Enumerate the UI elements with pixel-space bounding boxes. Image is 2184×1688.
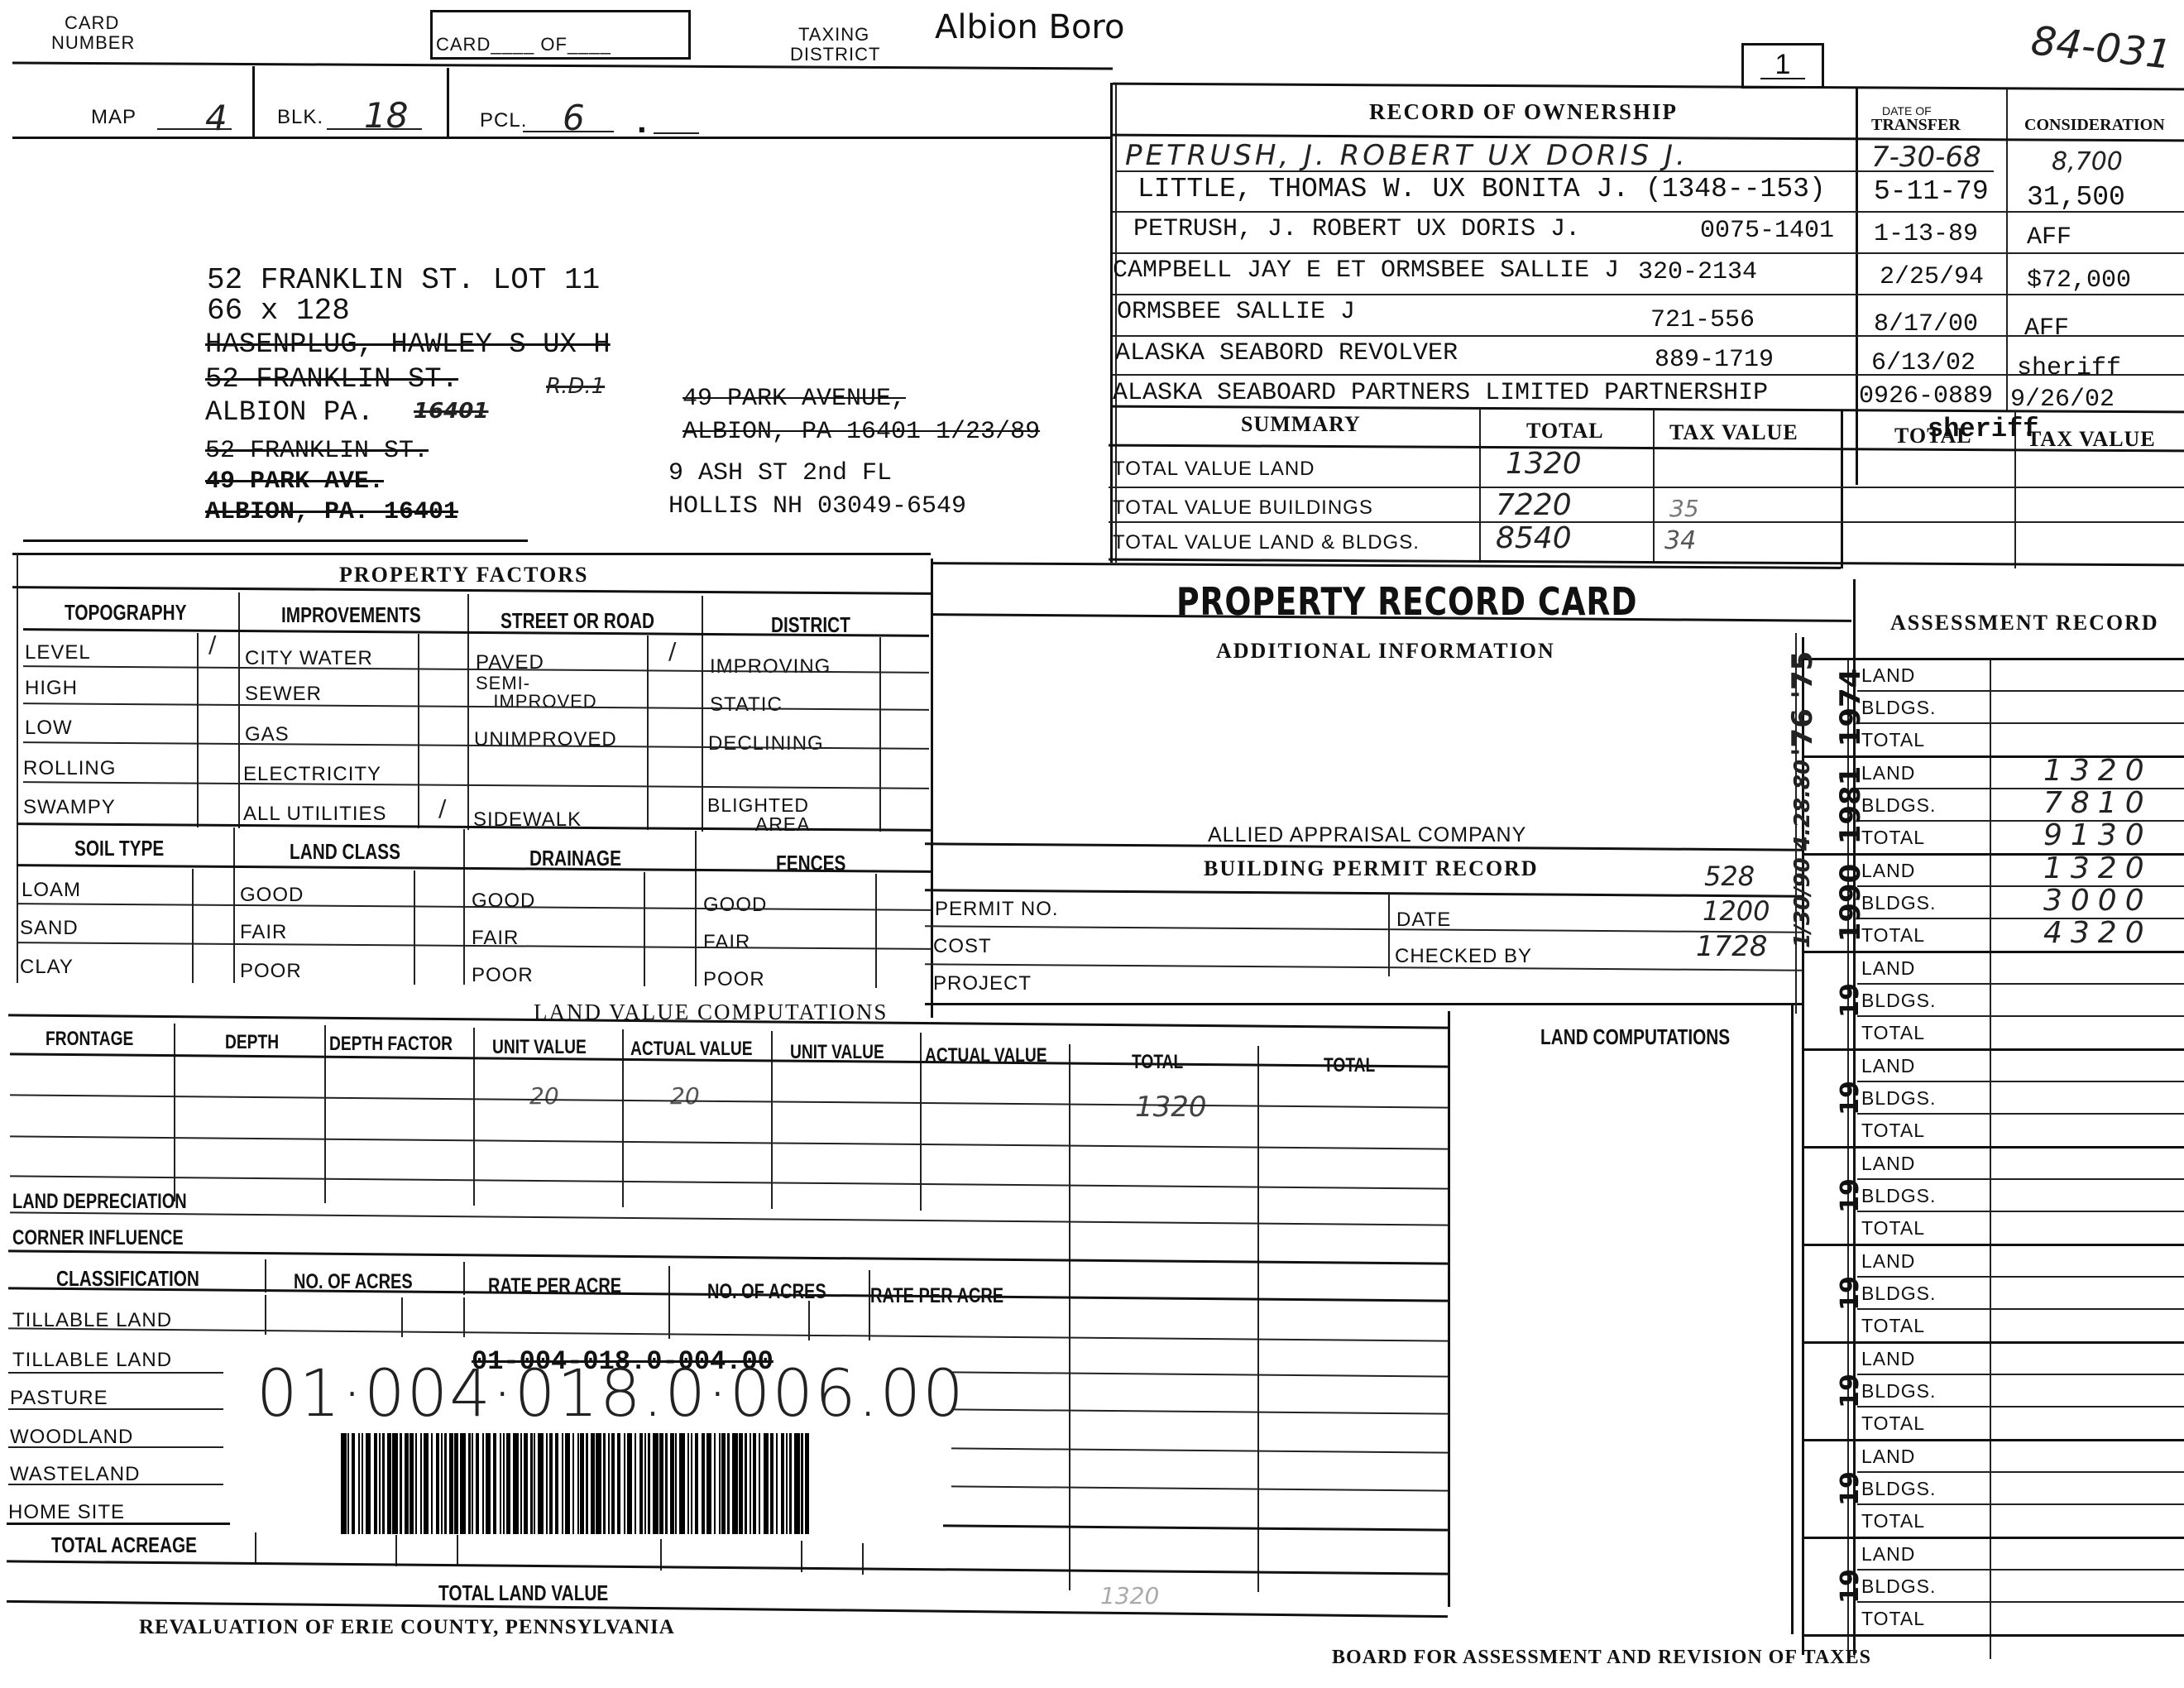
factor-low: LOW xyxy=(25,717,73,740)
factor-static: STATIC xyxy=(710,693,783,717)
assessment-row-label: LAND xyxy=(1861,1348,1915,1370)
summary-tax-buildings: 35 xyxy=(1669,495,1699,522)
transfer-date: 6/13/02 xyxy=(1871,349,1976,377)
assessment-row-label: TOTAL xyxy=(1861,924,1925,947)
land-total-entry: 1320 xyxy=(1135,1091,1207,1124)
soil-type-header: SOIL TYPE xyxy=(74,836,164,861)
col-actual-value: ACTUAL VALUE xyxy=(630,1038,753,1061)
summary-tax-land-bldgs: 34 xyxy=(1664,526,1696,555)
handwritten-file-number: 84-031 xyxy=(2029,17,2174,78)
assessment-row-label: BLDGS. xyxy=(1861,697,1936,719)
consideration: 31,500 xyxy=(2027,182,2125,213)
consideration-header: CONSIDERATION xyxy=(2024,116,2165,135)
summary-row-label: TOTAL VALUE LAND & BLDGS. xyxy=(1113,531,1420,554)
owner-name: ORMSBEE SALLIE J xyxy=(1117,298,1355,326)
land-class-poor: POOR xyxy=(240,960,302,983)
summary-total-land-bldgs: 8540 xyxy=(1496,521,1572,555)
assessment-land-value: 1320 xyxy=(2043,754,2153,788)
consideration: AFF xyxy=(2027,223,2071,252)
address-line: 52 FRANKLIN ST. LOT 11 xyxy=(207,263,600,297)
assessment-bldgs-value: 7810 xyxy=(2043,786,2153,820)
assessment-row-label: TOTAL xyxy=(1861,729,1925,751)
appraiser-name: ALLIED APPRAISAL COMPANY xyxy=(1208,823,1526,847)
factor-declining: DECLINING xyxy=(708,732,824,755)
assessment-row-label: LAND xyxy=(1861,860,1915,882)
map-label: MAP xyxy=(91,106,136,129)
mailing-street: 9 ASH ST 2nd FL xyxy=(668,459,892,487)
assessment-title: ASSESSMENT RECORD xyxy=(1890,611,2159,635)
assessment-row-label: TOTAL xyxy=(1861,1315,1925,1337)
prior-owner-struck: HASENPLUG, HAWLEY S UX H xyxy=(205,329,611,361)
assessment-row-label: TOTAL xyxy=(1861,1022,1925,1044)
transfer-date: 7-30-68 xyxy=(1871,141,1981,174)
assessment-year: 19 xyxy=(1834,1244,1867,1342)
factor-high: HIGH xyxy=(25,677,78,700)
permit-cost-label: COST xyxy=(933,935,992,958)
assessment-row-label: BLDGS. xyxy=(1861,1380,1936,1403)
col-unit-value: UNIT VALUE xyxy=(492,1036,587,1059)
assessment-row-label: LAND xyxy=(1861,1055,1915,1077)
drainage-poor: POOR xyxy=(472,964,534,987)
card-of-label: CARD____ OF____ xyxy=(436,34,611,55)
assessment-year: 19 xyxy=(1834,1537,1867,1635)
factor-all-utilities: ALL UTILITIES xyxy=(243,803,387,826)
owner-name: PETRUSH, J. ROBERT UX DORIS J. xyxy=(1125,139,1688,172)
checked-by-label: CHECKED BY xyxy=(1395,945,1532,968)
drainage-good: GOOD xyxy=(472,890,535,913)
total-acreage-label: TOTAL ACREAGE xyxy=(51,1532,197,1558)
soil-sand: SAND xyxy=(20,917,79,940)
consideration: sheriff xyxy=(2017,354,2121,382)
date-transfer-header: TRANSFER xyxy=(1871,116,1961,135)
fences-fair: FAIR xyxy=(703,931,750,954)
assessment-row-label: LAND xyxy=(1861,1153,1915,1175)
acreage-row-label: PASTURE xyxy=(10,1387,108,1410)
mailing-old-line: ALBION, PA 16401 1/23/89 xyxy=(682,418,1040,446)
sheriff-overlay: sheriff xyxy=(1928,414,2038,444)
factor-rolling: ROLLING xyxy=(23,757,116,780)
assessment-bldgs-value: 3000 xyxy=(2043,884,2153,918)
divider xyxy=(12,62,1113,70)
fences-header: FENCES xyxy=(776,851,845,876)
blk-value: 18 xyxy=(364,95,408,136)
transfer-date: 0926-0889 xyxy=(1859,382,1993,410)
deed-book: 721-556 xyxy=(1650,306,1755,334)
factor-paved: PAVED xyxy=(476,651,544,674)
fences-poor: POOR xyxy=(703,968,765,991)
assessment-year: 1981 xyxy=(1834,756,1867,854)
parcel-id: 01·004·018.0·006.00 xyxy=(256,1357,965,1431)
summary-total-land: 1320 xyxy=(1506,447,1582,481)
acreage-row-label: TILLABLE LAND xyxy=(12,1349,172,1372)
check-mark-icon: / xyxy=(438,794,446,822)
mailing-old-line: 49 PARK AVENUE, xyxy=(682,385,906,413)
consideration: AFF xyxy=(2024,314,2069,343)
prior-address-struck: 52 FRANKLIN ST. xyxy=(205,364,458,396)
assessment-row-label: TOTAL xyxy=(1861,1412,1925,1435)
factor-unimproved: UNIMPROVED xyxy=(474,728,617,751)
margin-number: 528 xyxy=(1704,861,1755,892)
ownership-title: RECORD OF OWNERSHIP xyxy=(1369,99,1678,125)
factor-sewer: SEWER xyxy=(245,683,322,706)
assessment-total-value: 4320 xyxy=(2043,916,2153,950)
assessment-row-label: TOTAL xyxy=(1861,1510,1925,1532)
property-factors-title: PROPERTY FACTORS xyxy=(339,563,588,587)
assessment-row-label: TOTAL xyxy=(1861,1217,1925,1240)
unit-value-entry: 20 xyxy=(529,1082,559,1110)
owner-name: ALASKA SEABOARD PARTNERS LIMITED PARTNER… xyxy=(1113,379,1768,407)
assessment-date-note: '76 '75 xyxy=(1786,659,1819,756)
assessment-year: 19 xyxy=(1834,1342,1867,1440)
city-line: ALBION PA. xyxy=(205,397,374,429)
check-mark-icon: / xyxy=(668,637,676,664)
summary-col-tax-value-2: TAX VALUE xyxy=(2027,427,2156,452)
total-land-value-mark: 1320 xyxy=(1100,1582,1159,1609)
taxing-district-label: TAXING DISTRICT xyxy=(790,25,880,65)
assessment-row-label: LAND xyxy=(1861,762,1915,784)
permit-record-title: BUILDING PERMIT RECORD xyxy=(1204,856,1539,881)
fences-good: GOOD xyxy=(703,894,767,917)
additional-info-title: ADDITIONAL INFORMATION xyxy=(1216,639,1555,664)
assessment-year: 19 xyxy=(1834,1049,1867,1147)
deed-book: 320-2134 xyxy=(1638,258,1757,286)
assessment-year: 19 xyxy=(1834,952,1867,1049)
total-land-value-label: TOTAL LAND VALUE xyxy=(438,1580,608,1606)
assessment-year: 19 xyxy=(1834,1147,1867,1244)
assessment-row-label: BLDGS. xyxy=(1861,990,1936,1012)
assessment-land-value: 1320 xyxy=(2043,851,2153,885)
assessment-row-label: BLDGS. xyxy=(1861,1283,1936,1305)
acreage-row-label: WOODLAND xyxy=(10,1426,133,1449)
assessment-row-label: LAND xyxy=(1861,664,1915,687)
land-computations-title: LAND COMPUTATIONS xyxy=(1540,1024,1730,1050)
col-depth: DEPTH xyxy=(225,1031,279,1054)
assessment-row-label: TOTAL xyxy=(1861,1120,1925,1142)
soil-clay: CLAY xyxy=(20,956,74,979)
land-class-fair: FAIR xyxy=(240,921,287,944)
land-depreciation-label: LAND DEPRECIATION xyxy=(12,1190,187,1214)
barcode xyxy=(341,1433,1003,1534)
consideration: $72,000 xyxy=(2027,266,2131,295)
assessment-row-label: LAND xyxy=(1861,957,1915,980)
street-header: STREET OR ROAD xyxy=(500,608,654,634)
assessment-date-note: 4.28.80 xyxy=(1786,756,1819,854)
acreage-row-label: HOME SITE xyxy=(8,1501,125,1524)
permit-no-label: PERMIT NO. xyxy=(935,898,1059,921)
lot-dimensions: 66 x 128 xyxy=(207,294,350,328)
assessment-date-note: 1/30/90 xyxy=(1786,854,1819,952)
pcl-label: PCL. xyxy=(480,109,527,132)
transfer-date: 2/25/94 xyxy=(1880,263,1984,291)
rd-annotation: R.D.1 xyxy=(546,374,605,399)
acreage-row-label: WASTELAND xyxy=(10,1463,140,1486)
owner-name: PETRUSH, J. ROBERT UX DORIS J. xyxy=(1133,215,1580,243)
factor-level: LEVEL xyxy=(25,641,91,664)
blk-label: BLK. xyxy=(277,106,323,129)
col-depth-factor: DEPTH FACTOR xyxy=(329,1033,453,1056)
summary-row-label: TOTAL VALUE BUILDINGS xyxy=(1113,496,1373,520)
assessment-row-label: BLDGS. xyxy=(1861,794,1936,817)
summary-row-label: TOTAL VALUE LAND xyxy=(1113,458,1315,481)
margin-number: 1728 xyxy=(1696,930,1768,963)
check-mark-icon: / xyxy=(208,631,216,658)
card-sequence-box: 1 xyxy=(1741,43,1824,89)
assessment-row-label: BLDGS. xyxy=(1861,1087,1936,1110)
transfer-date: 5-11-79 xyxy=(1874,176,1989,207)
assessment-year: 19 xyxy=(1834,1440,1867,1537)
assessment-year: 1990 xyxy=(1834,854,1867,952)
assessment-row-label: BLDGS. xyxy=(1861,892,1936,914)
improvements-header: IMPROVEMENTS xyxy=(281,602,421,628)
assessment-total-value: 9130 xyxy=(2043,818,2153,852)
land-class-good: GOOD xyxy=(240,884,304,907)
soil-loam: LOAM xyxy=(22,879,81,902)
land-class-header: LAND CLASS xyxy=(290,839,400,865)
pcl-value: 6 xyxy=(563,98,585,138)
summary-title: SUMMARY xyxy=(1241,412,1361,437)
assessment-year: 1974 xyxy=(1834,659,1867,756)
assessment-row-label: TOTAL xyxy=(1861,827,1925,849)
factor-improving: IMPROVING xyxy=(710,655,831,679)
col-frontage: FRONTAGE xyxy=(45,1028,133,1051)
summary-col-tax-value: TAX VALUE xyxy=(1669,420,1798,445)
map-value: 4 xyxy=(205,98,227,138)
zip-annotation: 16401 xyxy=(414,399,488,424)
card-of-box: CARD____ OF____ xyxy=(430,10,691,60)
deed-book: 889-1719 xyxy=(1655,346,1774,374)
assessment-row-label: BLDGS. xyxy=(1861,1575,1936,1598)
owner-name: ALASKA SEABORD REVOLVER xyxy=(1115,339,1458,367)
assessment-row-label: LAND xyxy=(1861,1446,1915,1468)
assessment-row-label: TOTAL xyxy=(1861,1608,1925,1630)
topography-header: TOPOGRAPHY xyxy=(65,600,187,626)
actual-value-entry: 20 xyxy=(670,1082,700,1110)
card-number-label: CARD NUMBER xyxy=(51,13,135,53)
assessment-row-label: LAND xyxy=(1861,1543,1915,1566)
footer-left: REVALUATION OF ERIE COUNTY, PENNSYLVANIA xyxy=(139,1616,675,1639)
summary-col-total: TOTAL xyxy=(1526,419,1604,444)
deed-book: 0075-1401 xyxy=(1700,217,1834,245)
summary-total-buildings: 7220 xyxy=(1496,488,1572,522)
transfer-date: 8/17/00 xyxy=(1874,310,1978,338)
taxing-district-value: Albion Boro xyxy=(935,8,1124,46)
corner-influence-label: CORNER INFLUENCE xyxy=(12,1226,184,1250)
owner-name: CAMPBELL JAY E ET ORMSBEE SALLIE J xyxy=(1113,257,1619,285)
margin-number: 1200 xyxy=(1703,895,1770,927)
assessment-row-label: LAND xyxy=(1861,1250,1915,1273)
owner-name: LITTLE, THOMAS W. UX BONITA J. (1348--15… xyxy=(1137,174,1826,204)
transfer-date: 1-13-89 xyxy=(1874,220,1978,248)
consideration: 8,700 xyxy=(2052,147,2123,176)
assessment-row-label: BLDGS. xyxy=(1861,1478,1936,1500)
factor-swampy: SWAMPY xyxy=(23,796,116,819)
assessment-row-label: BLDGS. xyxy=(1861,1185,1936,1207)
footer-right: BOARD FOR ASSESSMENT AND REVISION OF TAX… xyxy=(1332,1647,1871,1669)
permit-project-label: PROJECT xyxy=(933,972,1032,995)
mailing-city: HOLLIS NH 03049-6549 xyxy=(668,492,966,520)
